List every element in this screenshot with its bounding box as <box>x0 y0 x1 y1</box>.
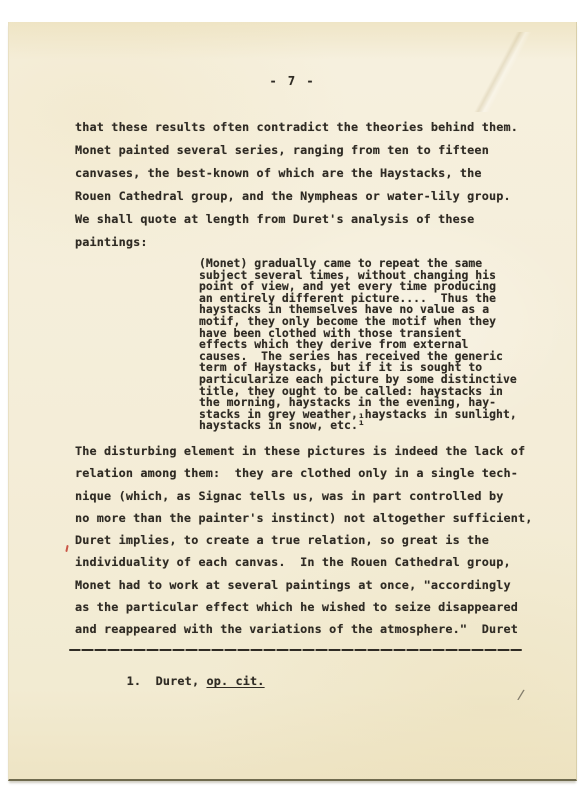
scan-background: - 7 - that these results often contradic… <box>0 0 580 800</box>
document-page: - 7 - that these results often contradic… <box>8 22 577 781</box>
body-paragraph-1: that these results often contradict the … <box>75 116 518 254</box>
handwritten-slash-mark: / <box>516 688 525 704</box>
page-number: - 7 - <box>9 74 576 88</box>
footnote-divider <box>69 649 522 651</box>
footnote-number-and-author: 1. Duret, <box>127 674 207 688</box>
footnote: 1. Duret, op. cit. <box>83 660 265 702</box>
footnote-citation: op. cit. <box>206 674 264 688</box>
block-quote: (Monet) gradually came to repeat the sam… <box>199 258 517 432</box>
body-paragraph-2: The disturbing element in these pictures… <box>75 440 533 641</box>
red-pencil-margin-mark <box>65 545 68 552</box>
